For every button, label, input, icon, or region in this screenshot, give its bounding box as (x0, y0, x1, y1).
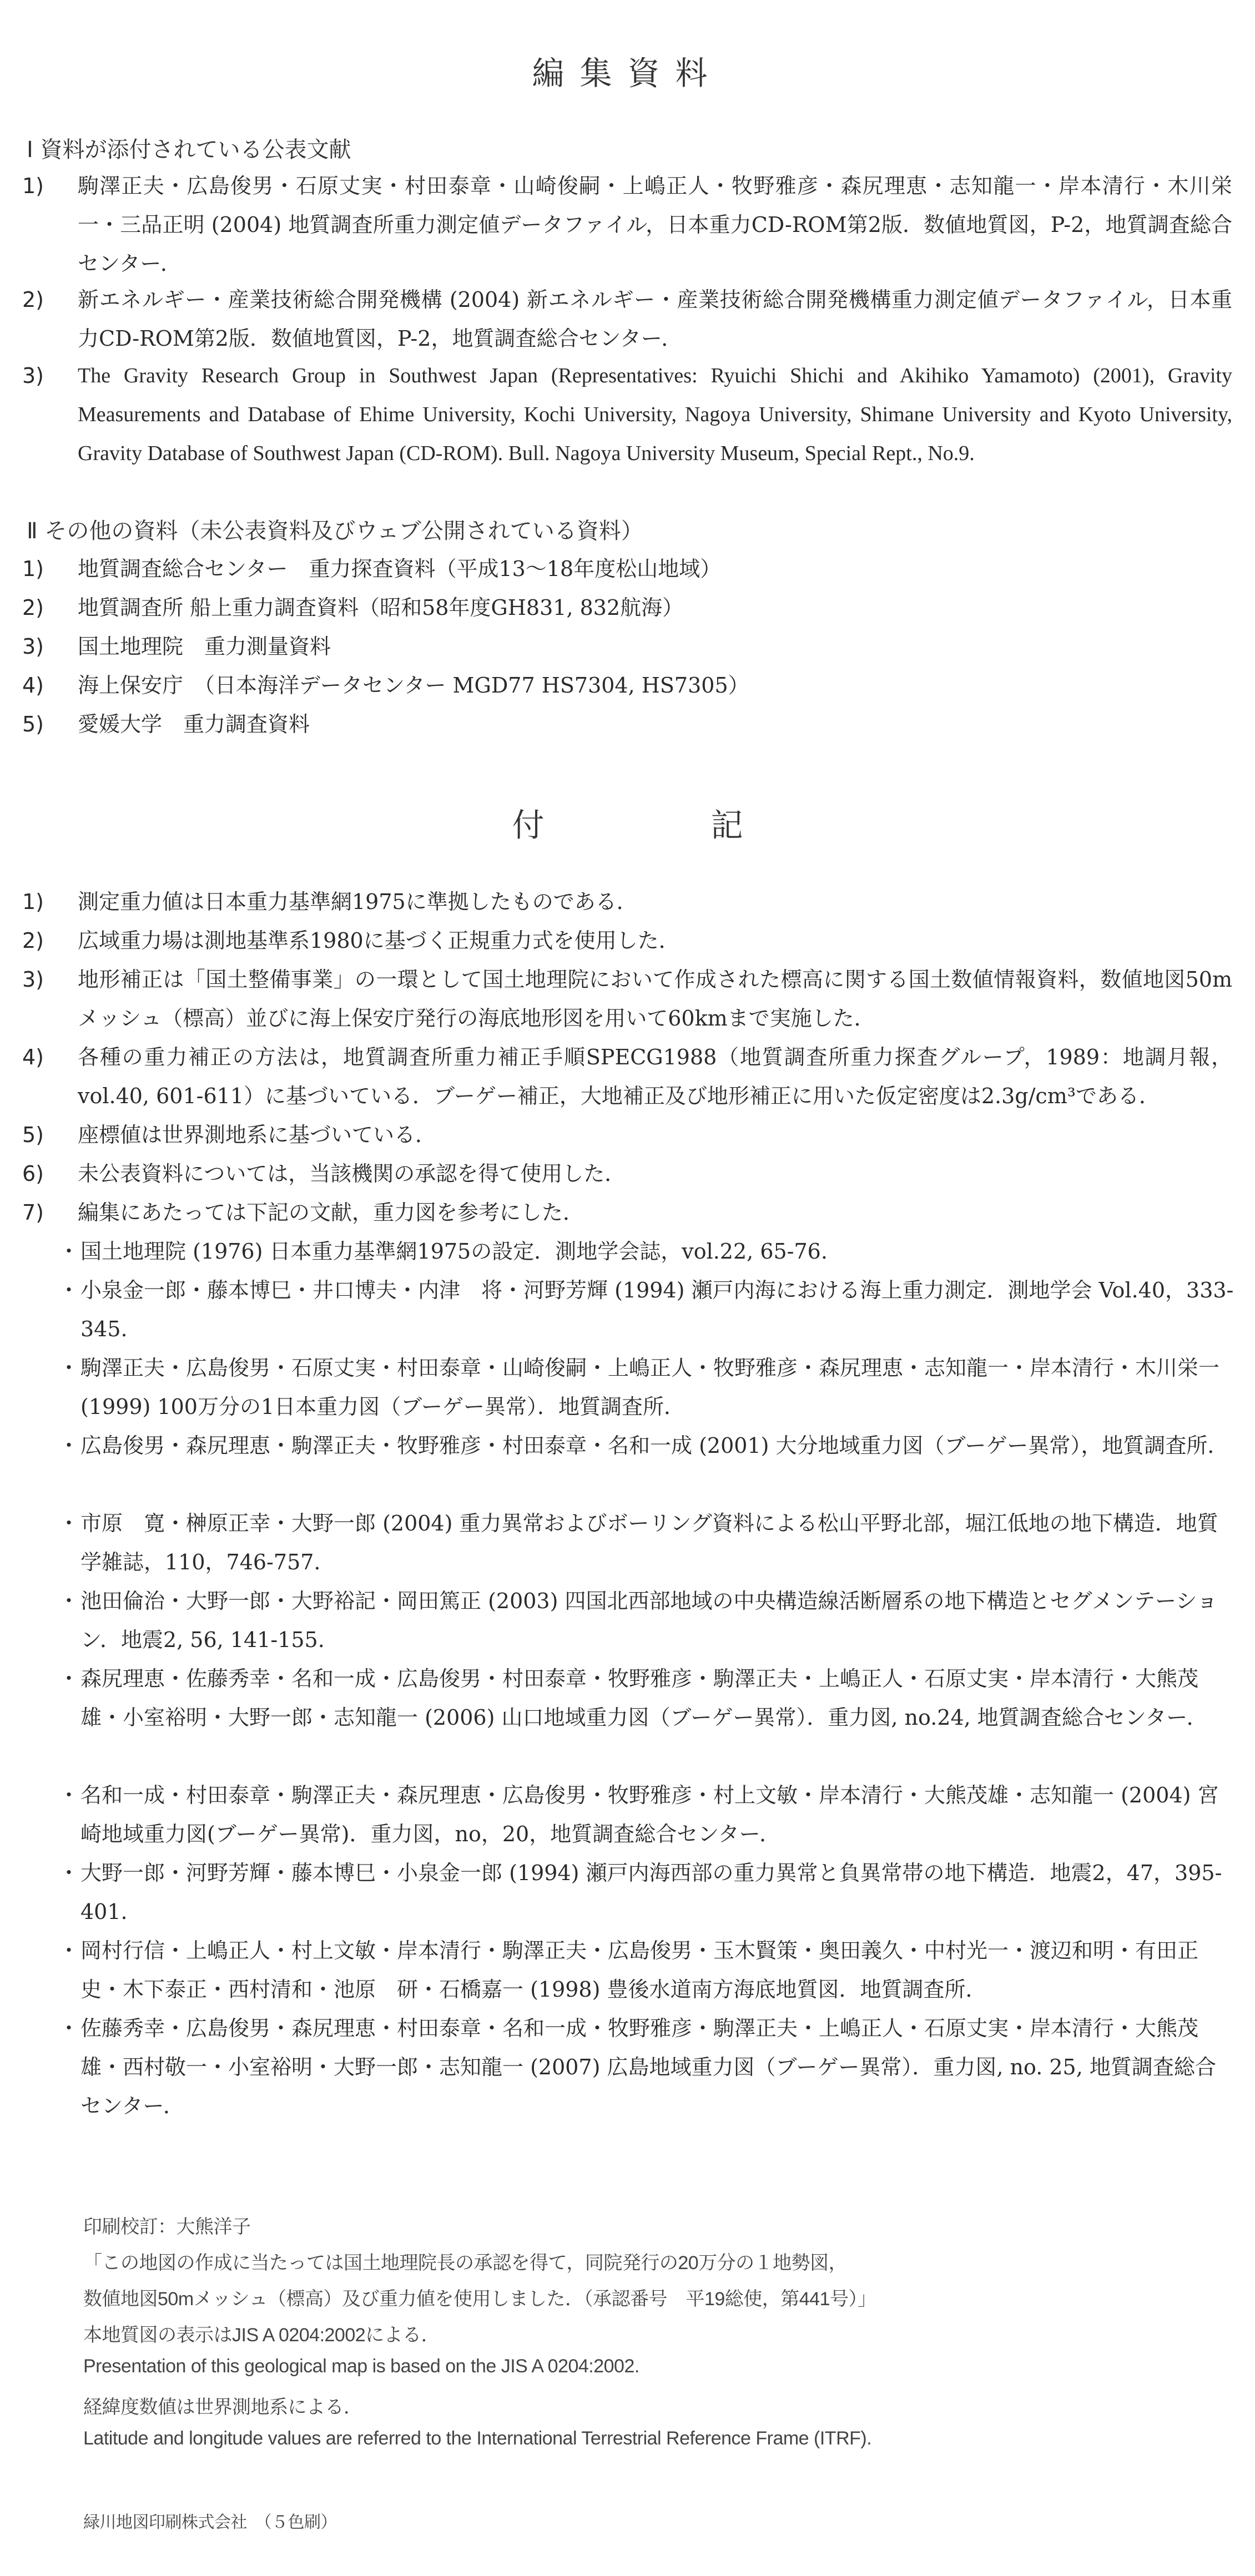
reference-item: ・ 森尻理恵・佐藤秀幸・名和一成・広島俊男・村田泰章・牧野雅彦・駒澤正夫・上嶋正… (58, 1659, 1235, 1737)
reference-text: 佐藤秀幸・広島俊男・森尻理恵・村田泰章・名和一成・牧野雅彦・駒澤正夫・上嶋正人・… (80, 2009, 1235, 2125)
note-item: 5) 座標値は世界測地系に基づいている． (22, 1115, 1232, 1154)
item-text: 新エネルギー・産業技術総合開発機構 (2004) 新エネルギー・産業技術総合開発… (78, 280, 1232, 358)
item-number: 2) (22, 588, 44, 627)
item-number: 1) (22, 882, 44, 921)
item-number: 2) (22, 280, 44, 319)
bullet-dot: ・ (58, 1271, 79, 1310)
bullet-dot: ・ (58, 1853, 79, 1892)
item-number: 3) (22, 960, 44, 999)
section-1-heading: Ⅰ 資料が添付されている公表文献 (27, 132, 351, 164)
item-text: 編集にあたっては下記の文献，重力図を参考にした． (78, 1193, 1232, 1232)
page-title-sources: 編集資料 (0, 47, 1255, 94)
item-text: 測定重力値は日本重力基準網1975に準拠したものである． (78, 882, 1232, 921)
bullet-dot: ・ (58, 1348, 79, 1387)
reference-text: 駒澤正夫・広島俊男・石原丈実・村田泰章・山崎俊嗣・上嶋正人・牧野雅彦・森尻理恵・… (80, 1348, 1235, 1426)
reference-text: 池田倫治・大野一郎・大野裕記・岡田篤正 (2003) 四国北西部地域の中央構造線… (80, 1582, 1235, 1659)
reference-text: 森尻理恵・佐藤秀幸・名和一成・広島俊男・村田泰章・牧野雅彦・駒澤正夫・上嶋正人・… (80, 1659, 1235, 1737)
item-text: The Gravity Research Group in Southwest … (78, 356, 1232, 473)
jis-line-en: Presentation of this geological map is b… (83, 2356, 639, 2377)
reference-text: 大野一郎・河野芳輝・藤本博巳・小泉金一郎 (1994) 瀬戸内海西部の重力異常と… (80, 1853, 1235, 1931)
approval-line-1: 「この地図の作成に当たっては国土地理院長の承認を得て，同院発行の20万分の１地勢… (83, 2247, 847, 2275)
note-item: 7) 編集にあたっては下記の文献，重力図を参考にした． (22, 1193, 1232, 1232)
note-item: 1) 測定重力値は日本重力基準網1975に準拠したものである． (22, 882, 1232, 921)
page-title-notes: 付記 (0, 799, 1255, 846)
source-item: 2) 新エネルギー・産業技術総合開発機構 (2004) 新エネルギー・産業技術総… (22, 280, 1232, 358)
item-text: 座標値は世界測地系に基づいている． (78, 1115, 1232, 1154)
bullet-dot: ・ (58, 2009, 79, 2048)
reference-item: ・ 市原 寛・榊原正幸・大野一郎 (2004) 重力異常およびボーリング資料によ… (58, 1504, 1235, 1582)
bullet-dot: ・ (58, 1659, 79, 1698)
document-page: 編集資料 Ⅰ 資料が添付されている公表文献 1) 駒澤正夫・広島俊男・石原丈実・… (0, 0, 1255, 2576)
item-number: 5) (22, 705, 44, 744)
reference-item: ・ 池田倫治・大野一郎・大野裕記・岡田篤正 (2003) 四国北西部地域の中央構… (58, 1582, 1235, 1659)
note-item: 2) 広域重力場は測地基準系1980に基づく正規重力式を使用した． (22, 921, 1232, 960)
other-item: 5) 愛媛大学 重力調査資料 (22, 705, 1232, 744)
proofreader-line: 印刷校訂：大熊洋子 (83, 2211, 251, 2239)
bullet-dot: ・ (58, 1426, 79, 1465)
section-2-heading: Ⅱ その他の資料（未公表資料及びウェブ公開されている資料） (27, 513, 643, 545)
item-number: 4) (22, 666, 44, 705)
item-number: 2) (22, 921, 44, 960)
reference-item: ・ 大野一郎・河野芳輝・藤本博巳・小泉金一郎 (1994) 瀬戸内海西部の重力異… (58, 1853, 1235, 1931)
item-text: 地質調査総合センター 重力探査資料（平成13～18年度松山地域） (78, 549, 1232, 588)
reference-item: ・ 駒澤正夫・広島俊男・石原丈実・村田泰章・山崎俊嗣・上嶋正人・牧野雅彦・森尻理… (58, 1348, 1235, 1426)
other-item: 2) 地質調査所 船上重力調査資料（昭和58年度GH831, 832航海） (22, 588, 1232, 627)
item-number: 7) (22, 1193, 44, 1232)
reference-text: 岡村行信・上嶋正人・村上文敏・岸本清行・駒澤正夫・広島俊男・玉木賢策・奥田義久・… (80, 1931, 1235, 2009)
reference-item: ・ 岡村行信・上嶋正人・村上文敏・岸本清行・駒澤正夫・広島俊男・玉木賢策・奥田義… (58, 1931, 1235, 2009)
bullet-dot: ・ (58, 1776, 79, 1815)
reference-item: ・ 広島俊男・森尻理恵・駒澤正夫・牧野雅彦・村田泰章・名和一成 (2001) 大… (58, 1426, 1235, 1465)
jis-line-ja: 本地質図の表示はJIS A 0204:2002による． (83, 2320, 440, 2347)
item-number: 1) (22, 549, 44, 588)
bullet-dot: ・ (58, 1582, 79, 1620)
item-number: 6) (22, 1154, 44, 1193)
item-number: 5) (22, 1115, 44, 1154)
item-text: 国土地理院 重力測量資料 (78, 627, 1232, 666)
reference-item: ・ 佐藤秀幸・広島俊男・森尻理恵・村田泰章・名和一成・牧野雅彦・駒澤正夫・上嶋正… (58, 2009, 1235, 2125)
other-item: 3) 国土地理院 重力測量資料 (22, 627, 1232, 666)
printer-credit: 緑川地図印刷株式会社 （５色刷） (83, 2508, 337, 2533)
item-text: 各種の重力補正の方法は，地質調査所重力補正手順SPECG1988（地質調査所重力… (78, 1038, 1232, 1115)
item-text: 駒澤正夫・広島俊男・石原丈実・村田泰章・山崎俊嗣・上嶋正人・牧野雅彦・森尻理恵・… (78, 166, 1232, 283)
item-text: 海上保安庁 （日本海洋データセンター MGD77 HS7304, HS7305） (78, 666, 1232, 705)
other-item: 4) 海上保安庁 （日本海洋データセンター MGD77 HS7304, HS73… (22, 666, 1232, 705)
item-text: 広域重力場は測地基準系1980に基づく正規重力式を使用した． (78, 921, 1232, 960)
reference-text: 市原 寛・榊原正幸・大野一郎 (2004) 重力異常およびボーリング資料による松… (80, 1504, 1235, 1582)
item-number: 3) (22, 627, 44, 666)
source-item: 1) 駒澤正夫・広島俊男・石原丈実・村田泰章・山崎俊嗣・上嶋正人・牧野雅彦・森尻… (22, 166, 1232, 283)
item-text: 地形補正は「国土整備事業」の一環として国土地理院において作成された標高に関する国… (78, 960, 1232, 1038)
item-number: 3) (22, 356, 44, 395)
bullet-dot: ・ (58, 1931, 79, 1970)
datum-line-en: Latitude and longitude values are referr… (83, 2428, 871, 2449)
datum-line-ja: 経緯度数値は世界測地系による． (83, 2392, 362, 2419)
note-item: 3) 地形補正は「国土整備事業」の一環として国土地理院において作成された標高に関… (22, 960, 1232, 1038)
item-text: 地質調査所 船上重力調査資料（昭和58年度GH831, 832航海） (78, 588, 1232, 627)
other-item: 1) 地質調査総合センター 重力探査資料（平成13～18年度松山地域） (22, 549, 1232, 588)
note-item: 6) 未公表資料については，当該機関の承認を得て使用した． (22, 1154, 1232, 1193)
reference-item: ・ 小泉金一郎・藤本博巳・井口博夫・内津 将・河野芳輝 (1994) 瀬戸内海に… (58, 1271, 1235, 1348)
reference-text: 名和一成・村田泰章・駒澤正夫・森尻理恵・広島俊男・牧野雅彦・村上文敏・岸本清行・… (80, 1776, 1235, 1853)
reference-item: ・ 国土地理院 (1976) 日本重力基準網1975の設定．測地学会誌，vol.… (58, 1232, 1235, 1271)
reference-text: 小泉金一郎・藤本博巳・井口博夫・内津 将・河野芳輝 (1994) 瀬戸内海におけ… (80, 1271, 1235, 1348)
approval-line-2: 数値地図50mメッシュ（標高）及び重力値を使用しました．（承認番号 平19総使，… (83, 2284, 876, 2311)
source-item: 3) The Gravity Research Group in Southwe… (22, 356, 1232, 473)
bullet-dot: ・ (58, 1232, 79, 1271)
item-text: 未公表資料については，当該機関の承認を得て使用した． (78, 1154, 1232, 1193)
reference-item: ・ 名和一成・村田泰章・駒澤正夫・森尻理恵・広島俊男・牧野雅彦・村上文敏・岸本清… (58, 1776, 1235, 1853)
item-number: 1) (22, 166, 44, 205)
reference-text: 広島俊男・森尻理恵・駒澤正夫・牧野雅彦・村田泰章・名和一成 (2001) 大分地… (80, 1426, 1235, 1465)
item-text: 愛媛大学 重力調査資料 (78, 705, 1232, 744)
bullet-dot: ・ (58, 1504, 79, 1543)
reference-text: 国土地理院 (1976) 日本重力基準網1975の設定．測地学会誌，vol.22… (80, 1232, 1235, 1271)
note-item: 4) 各種の重力補正の方法は，地質調査所重力補正手順SPECG1988（地質調査… (22, 1038, 1232, 1115)
item-number: 4) (22, 1038, 44, 1077)
